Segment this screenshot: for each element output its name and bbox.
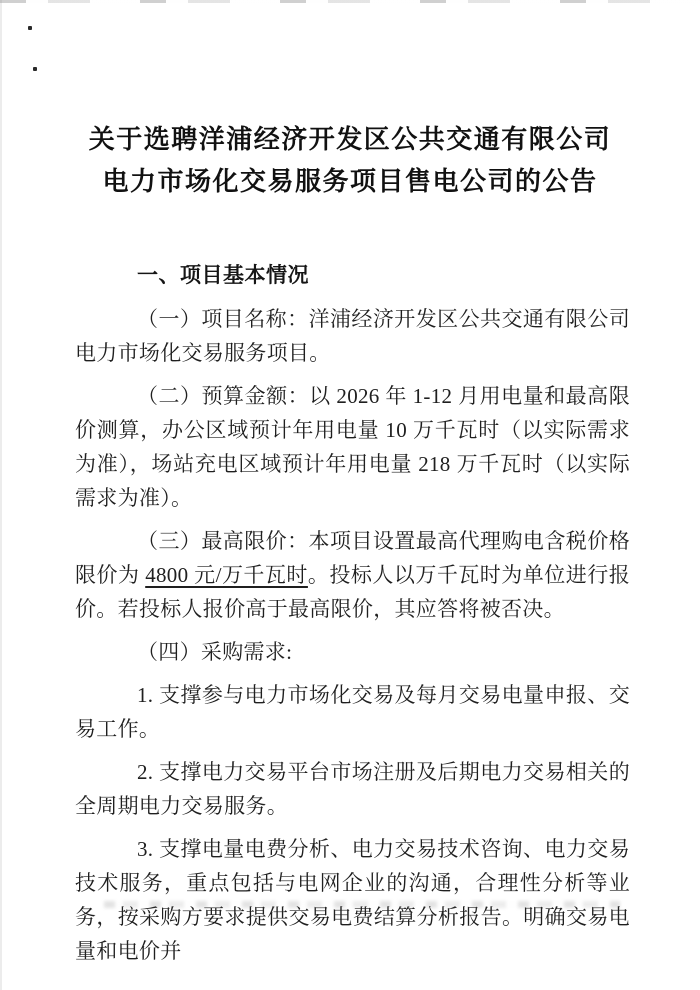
scanned-document-page: 关于选聘洋浦经济开发区公共交通有限公司 电力市场化交易服务项目售电公司的公告 一… [0, 0, 700, 990]
scan-edge-artifact-left [0, 0, 2, 990]
paragraph-project-name: （一）项目名称：洋浦经济开发区公共交通有限公司电力市场化交易服务项目。 [75, 302, 630, 370]
scan-dot-artifact-2 [33, 67, 37, 71]
scan-edge-artifact-top [0, 0, 700, 3]
document-title-line1: 关于选聘洋浦经济开发区公共交通有限公司 [40, 118, 660, 160]
requirement-item-3: 3. 支撑电量电费分析、电力交易技术咨询、电力交易技术服务，重点包括与电网企业的… [75, 832, 630, 968]
paragraph-procurement-requirements: （四）采购需求: [75, 635, 630, 669]
page-bleed-through-artifact [104, 901, 620, 908]
document-title: 关于选聘洋浦经济开发区公共交通有限公司 电力市场化交易服务项目售电公司的公告 [40, 118, 660, 202]
scan-dot-artifact-1 [28, 26, 32, 30]
requirement-item-1: 1. 支撑参与电力市场化交易及每月交易电量申报、交易工作。 [75, 678, 630, 746]
paragraph-budget: （二）预算金额：以 2026 年 1-12 月用电量和最高限价测算，办公区域预计… [75, 379, 630, 515]
price-cap-underlined-value: 4800 元/万千瓦时 [145, 563, 308, 587]
document-body: 一、项目基本情况 （一）项目名称：洋浦经济开发区公共交通有限公司电力市场化交易服… [0, 259, 700, 968]
paragraph-price-cap: （三）最高限价：本项目设置最高代理购电含税价格限价为 4800 元/万千瓦时。投… [75, 524, 630, 626]
document-title-line2: 电力市场化交易服务项目售电公司的公告 [40, 160, 660, 202]
section-heading-basic-info: 一、项目基本情况 [75, 259, 630, 293]
requirement-item-2: 2. 支撑电力交易平台市场注册及后期电力交易相关的全周期电力交易服务。 [75, 755, 630, 823]
